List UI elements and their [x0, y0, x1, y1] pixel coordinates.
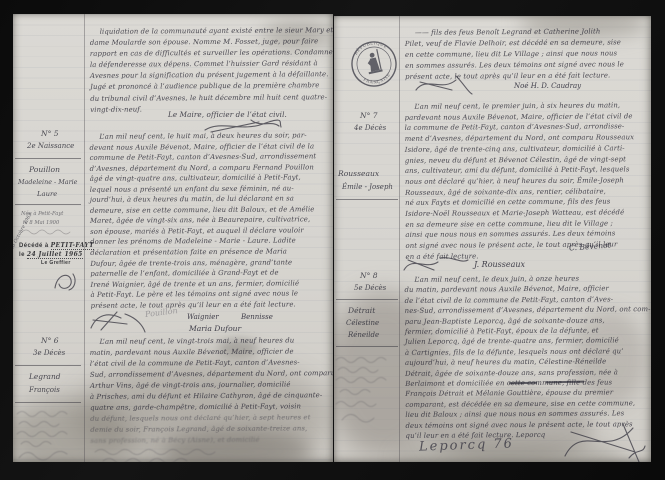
signature-witness: Maria Dufour: [189, 324, 241, 333]
margin-surname: Pouillon: [29, 165, 60, 174]
left-page: liquidation de la communauté ayant exist…: [13, 14, 333, 462]
margin-given-names: Madeleine - Marie: [18, 178, 77, 186]
illegible-marginal-note: [21, 227, 73, 237]
birth-act-text: L’an mil neuf cent, le huit mai, à deux …: [89, 130, 333, 311]
margin-given-names: Réneilde: [348, 331, 379, 339]
stamp-prefix: Décédé à: [19, 243, 49, 249]
margin-act-number: N° 6: [41, 336, 58, 345]
margin-act-type: 4e Décès: [354, 124, 386, 132]
register-scan: liquidation de la communauté ayant exist…: [0, 0, 665, 480]
margin-act-type: 5e Décès: [354, 284, 386, 292]
margin-divider: [15, 365, 81, 366]
margin-divider: [336, 346, 398, 347]
seal-top-text: RÉPUBLIQUE: [351, 37, 389, 56]
signature-witnesses: Noé H. D. Caudray: [514, 82, 581, 90]
handwritten-line: en a été fait lecture.: [405, 250, 651, 262]
death-act-8-text: L’an mil neuf cent, le deux juin, à onze…: [404, 273, 651, 441]
margin-divider: [15, 402, 81, 403]
handwritten-line: présent acte, le tout après qu’il leur e…: [91, 299, 333, 311]
faded-text-remnants: [93, 446, 323, 462]
signature-main: Leporcq 76: [419, 436, 514, 454]
stamp-place: PETIT-FAYT: [51, 242, 94, 250]
illegible-marginal-note: [334, 354, 398, 434]
handwritten-line: sans profession, né à Bécy (Aisne), et d…: [90, 434, 333, 447]
republique-francaise-seal: RÉPUBLIQUE FRANÇAISE: [346, 36, 403, 93]
margin-rule: [84, 14, 85, 462]
svg-text:RÉPUBLIQUE: RÉPUBLIQUE: [351, 37, 389, 56]
father-signature-flourish: [87, 310, 149, 334]
margin-given-names: Laure: [37, 190, 57, 198]
margin-act-type: 2e Naissance: [27, 142, 74, 150]
margin-divider: [336, 299, 398, 300]
right-page: RÉPUBLIQUE FRANÇAISE —— fils des feus Be…: [334, 16, 651, 462]
death-act-7-text: L’an mil neuf cent, le premier juin, à s…: [404, 100, 651, 262]
death-mention-stamp: Décédé à PETIT-FAYT le 24 Juillet 1965 L…: [19, 242, 94, 266]
margin-given-names: François: [29, 386, 60, 394]
illegible-marginal-note: [15, 408, 81, 462]
margin-given-names: Célestine: [346, 319, 379, 327]
seal-figure: [364, 49, 382, 74]
signature-witness: J. Rousseaux: [474, 260, 525, 269]
stamp-date-prefix: le: [19, 252, 25, 258]
clerk-signature-flourish: [49, 270, 83, 294]
stamp-clerk-label: Le Greffier: [41, 260, 94, 266]
margin-surname: Rousseaux: [338, 169, 379, 178]
judgment-continuation-text: liquidation de la communauté ayant exist…: [90, 25, 333, 115]
margin-given-names: Émile - Joseph: [342, 183, 393, 191]
stamp-date: 24 Juillet 1965: [27, 251, 83, 259]
margin-act-number: N° 5: [41, 129, 58, 138]
margin-divider: [15, 158, 81, 159]
judgment-closing: Le Maire, officier de l’état civil.: [168, 110, 287, 119]
margin-divider: [15, 204, 81, 205]
signature-witness: Bennisse: [241, 313, 273, 321]
death-act-6-text: L’an mil neuf cent, le vingt-trois mai, …: [90, 335, 333, 447]
handwritten-line: présent acte, le tout après qu’il leur e…: [405, 70, 649, 83]
margin-surname: Détrait: [348, 306, 375, 315]
margin-act-number: N° 8: [360, 271, 377, 280]
margin-act-type: 3e Décès: [33, 349, 65, 357]
signature-witness: Waignier: [187, 313, 219, 321]
margin-divider: [336, 199, 398, 200]
margin-act-number: N° 7: [360, 111, 377, 120]
act-continuation-text: —— fils des feus Benoît Legrand et Cathe…: [405, 26, 649, 83]
margin-surname: Legrand: [29, 372, 60, 381]
